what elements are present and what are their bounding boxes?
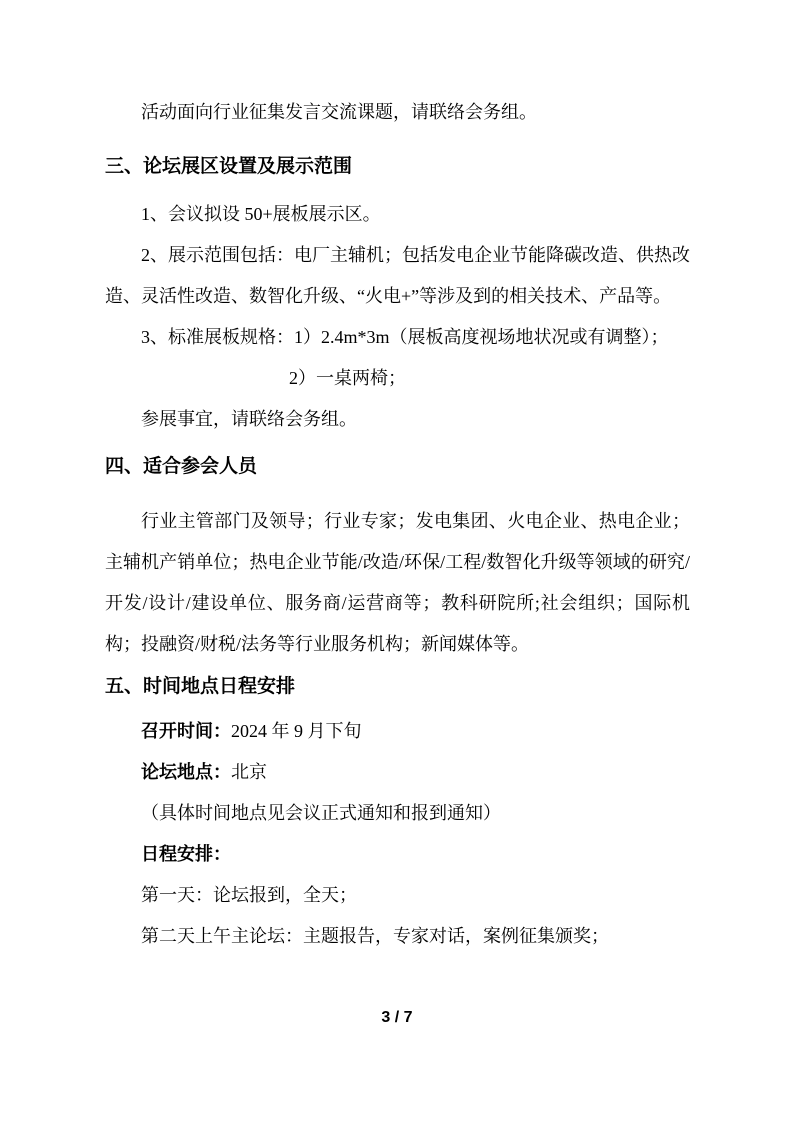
time-value: 2024 年 9 月下旬 xyxy=(231,721,362,741)
section5-agenda-day1: 第一天：论坛报到，全天； xyxy=(105,875,690,916)
section4-body: 行业主管部门及领导；行业专家；发电集团、火电企业、热电企业；主辅机产销单位；热电… xyxy=(105,501,690,665)
section5-agenda-day2: 第二天上午主论坛：主题报告，专家对话，案例征集颁奖； xyxy=(105,916,690,957)
page-number: 3 / 7 xyxy=(0,1006,794,1030)
section3-item3-sub: 2）一桌两椅； xyxy=(105,358,690,399)
agenda-label-text: 日程安排： xyxy=(141,844,231,864)
section3-item3: 3、标准展板规格：1）2.4m*3m（展板高度视场地状况或有调整）； xyxy=(105,317,690,358)
section5-agenda-label: 日程安排： xyxy=(105,834,690,875)
section4-heading: 四、适合参会人员 xyxy=(105,446,690,487)
document-body: 活动面向行业征集发言交流课题，请联络会务组。 三、论坛展区设置及展示范围 1、会… xyxy=(105,92,690,957)
intro-paragraph: 活动面向行业征集发言交流课题，请联络会务组。 xyxy=(105,92,690,133)
section5-venue-line: 论坛地点：北京 xyxy=(105,752,690,793)
section3-item1: 1、会议拟设 50+展板展示区。 xyxy=(105,194,690,235)
section3-item2: 2、展示范围包括：电厂主辅机；包括发电企业节能降碳改造、供热改造、灵活性改造、数… xyxy=(105,235,690,317)
venue-value: 北京 xyxy=(231,762,267,782)
time-label: 召开时间： xyxy=(141,721,231,741)
section3-heading: 三、论坛展区设置及展示范围 xyxy=(105,146,690,187)
document-page: 活动面向行业征集发言交流课题，请联络会务组。 三、论坛展区设置及展示范围 1、会… xyxy=(0,0,794,1123)
section5-heading: 五、时间地点日程安排 xyxy=(105,666,690,707)
section5-time-line: 召开时间：2024 年 9 月下旬 xyxy=(105,711,690,752)
section5-detail-note: （具体时间地点见会议正式通知和报到通知） xyxy=(105,793,690,834)
section3-exhibit-note: 参展事宜，请联络会务组。 xyxy=(105,399,690,440)
venue-label: 论坛地点： xyxy=(141,762,231,782)
